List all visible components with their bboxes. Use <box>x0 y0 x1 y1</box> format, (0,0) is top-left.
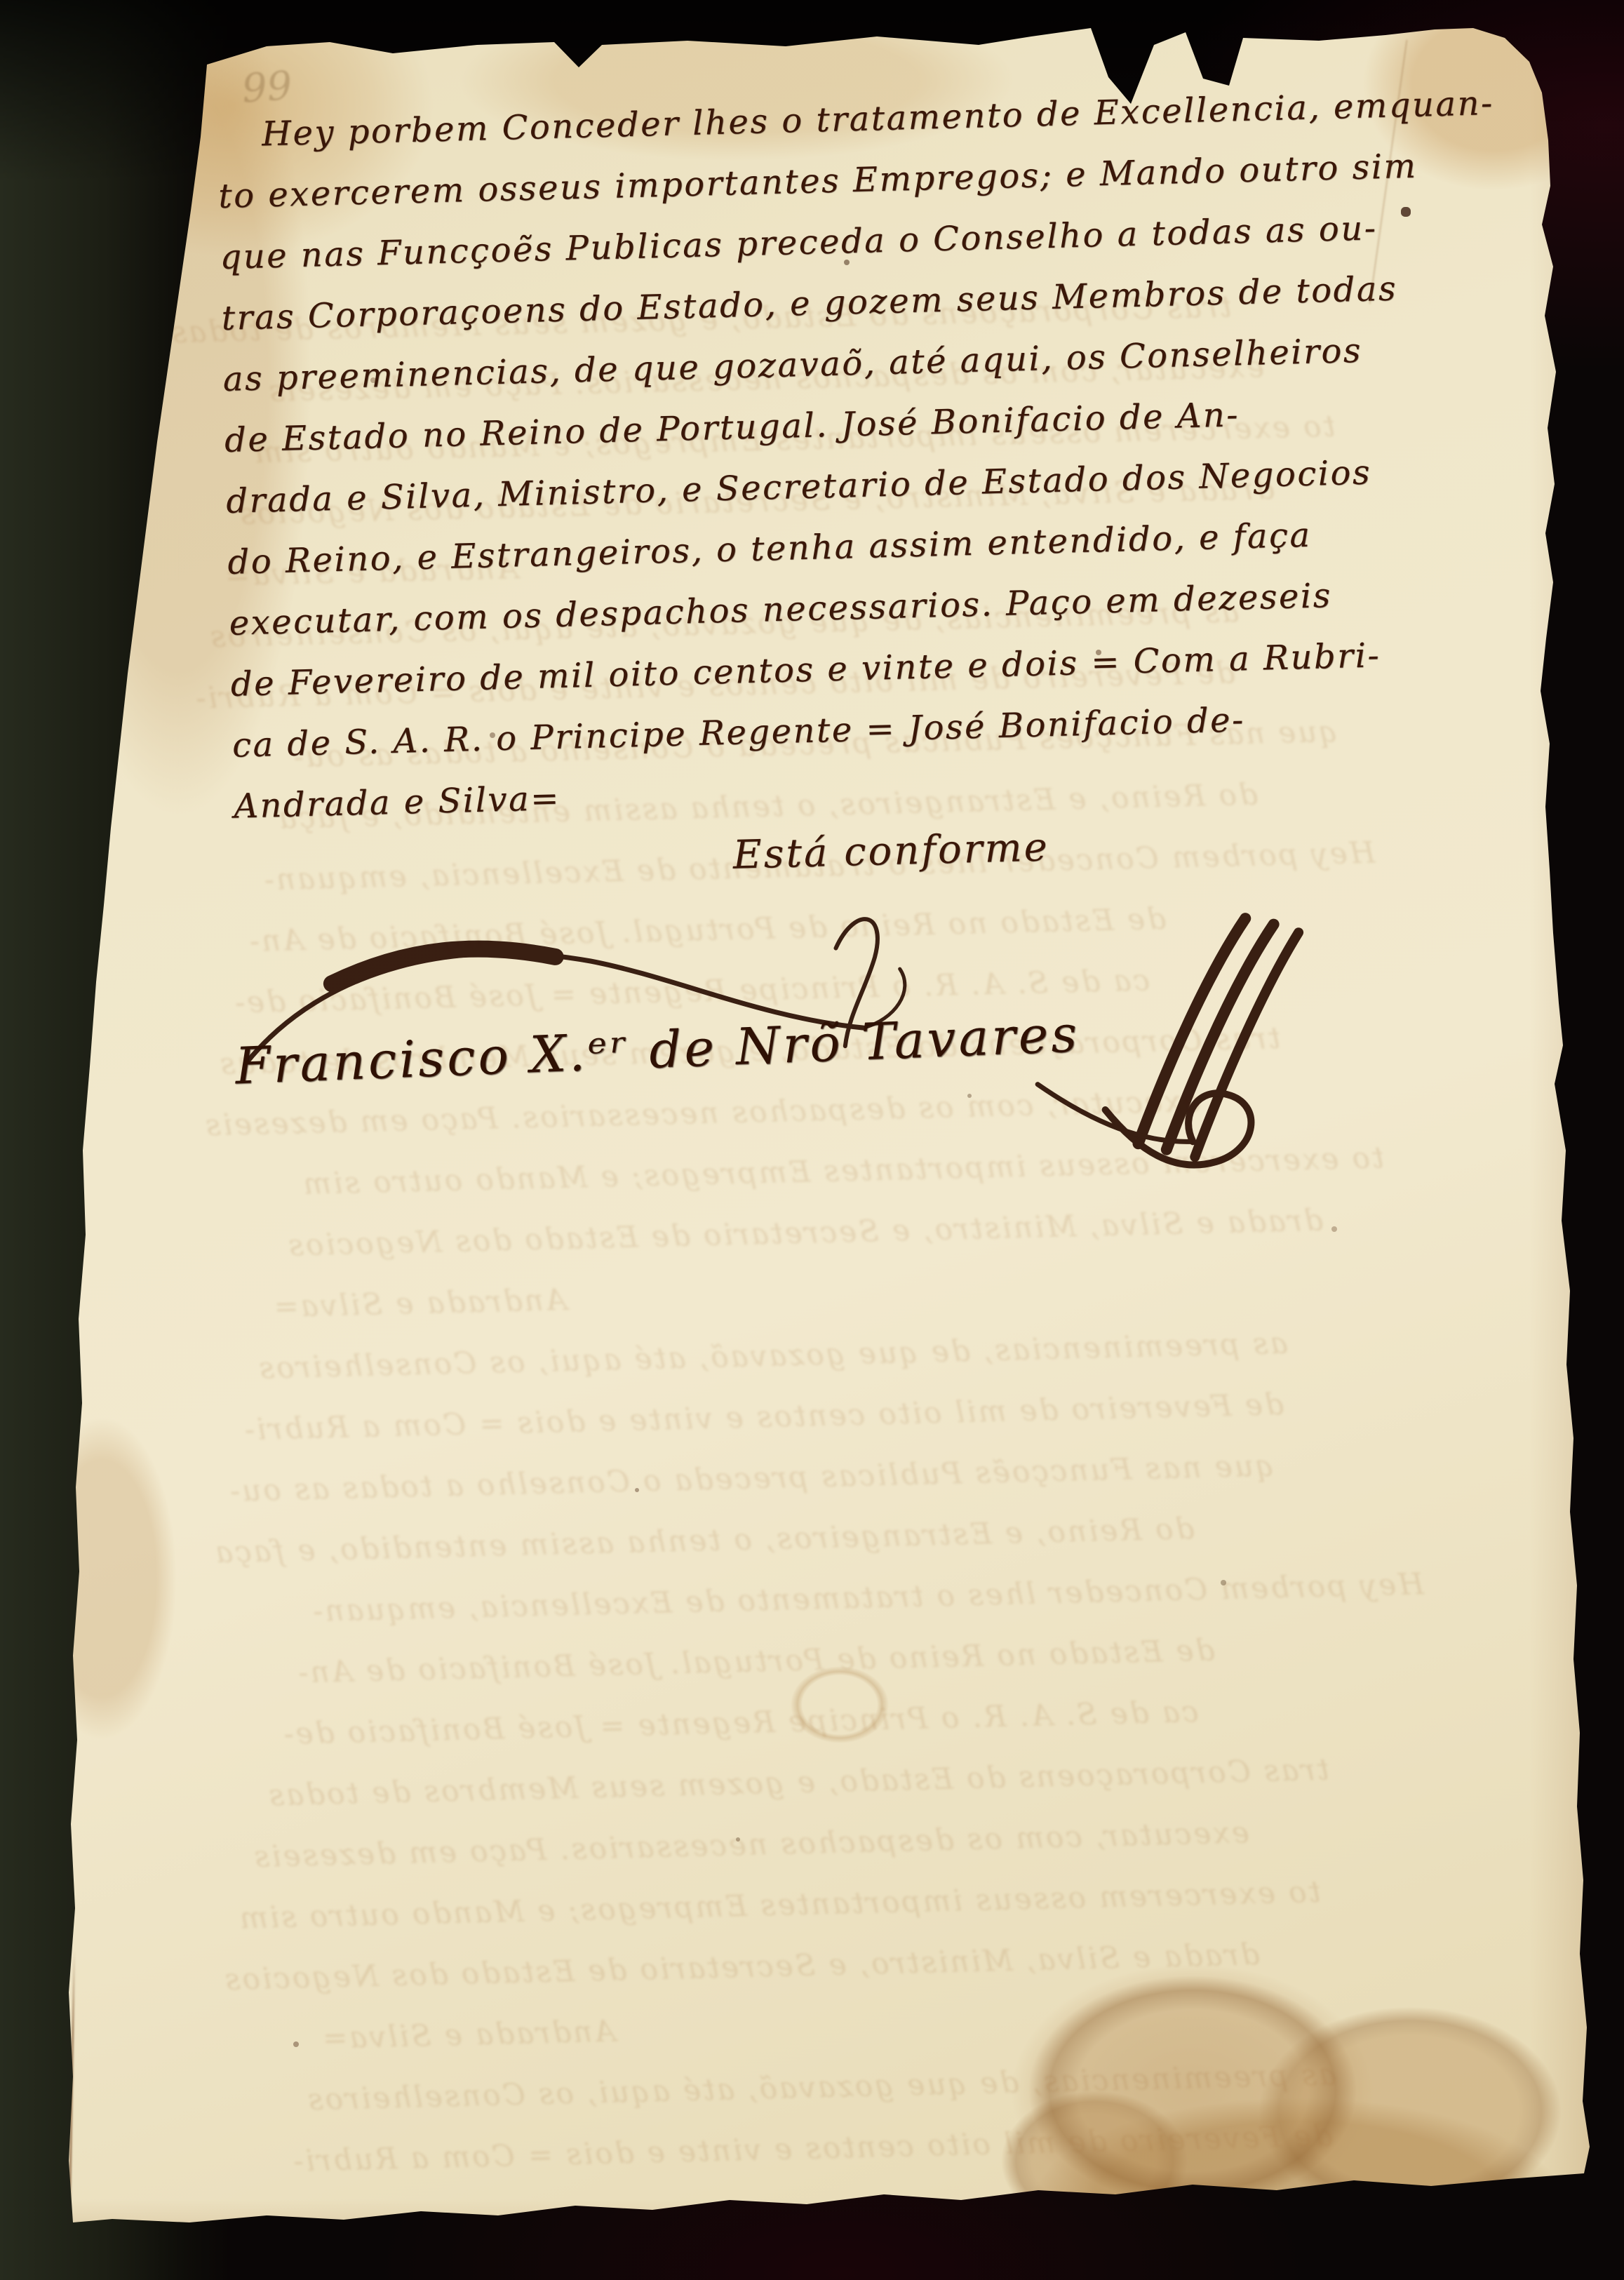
manuscript-page: tras Corporaçoens do Estado, e gozem seu… <box>0 0 1624 2280</box>
scanner-bed: tras Corporaçoens do Estado, e gozem seu… <box>0 0 1624 2280</box>
manuscript-body: Hey porbem Conceder lhes o tratamento de… <box>216 73 1498 898</box>
signature-block: Francisco X.ᵉʳ de Nrõ Tavares <box>224 890 1371 1235</box>
